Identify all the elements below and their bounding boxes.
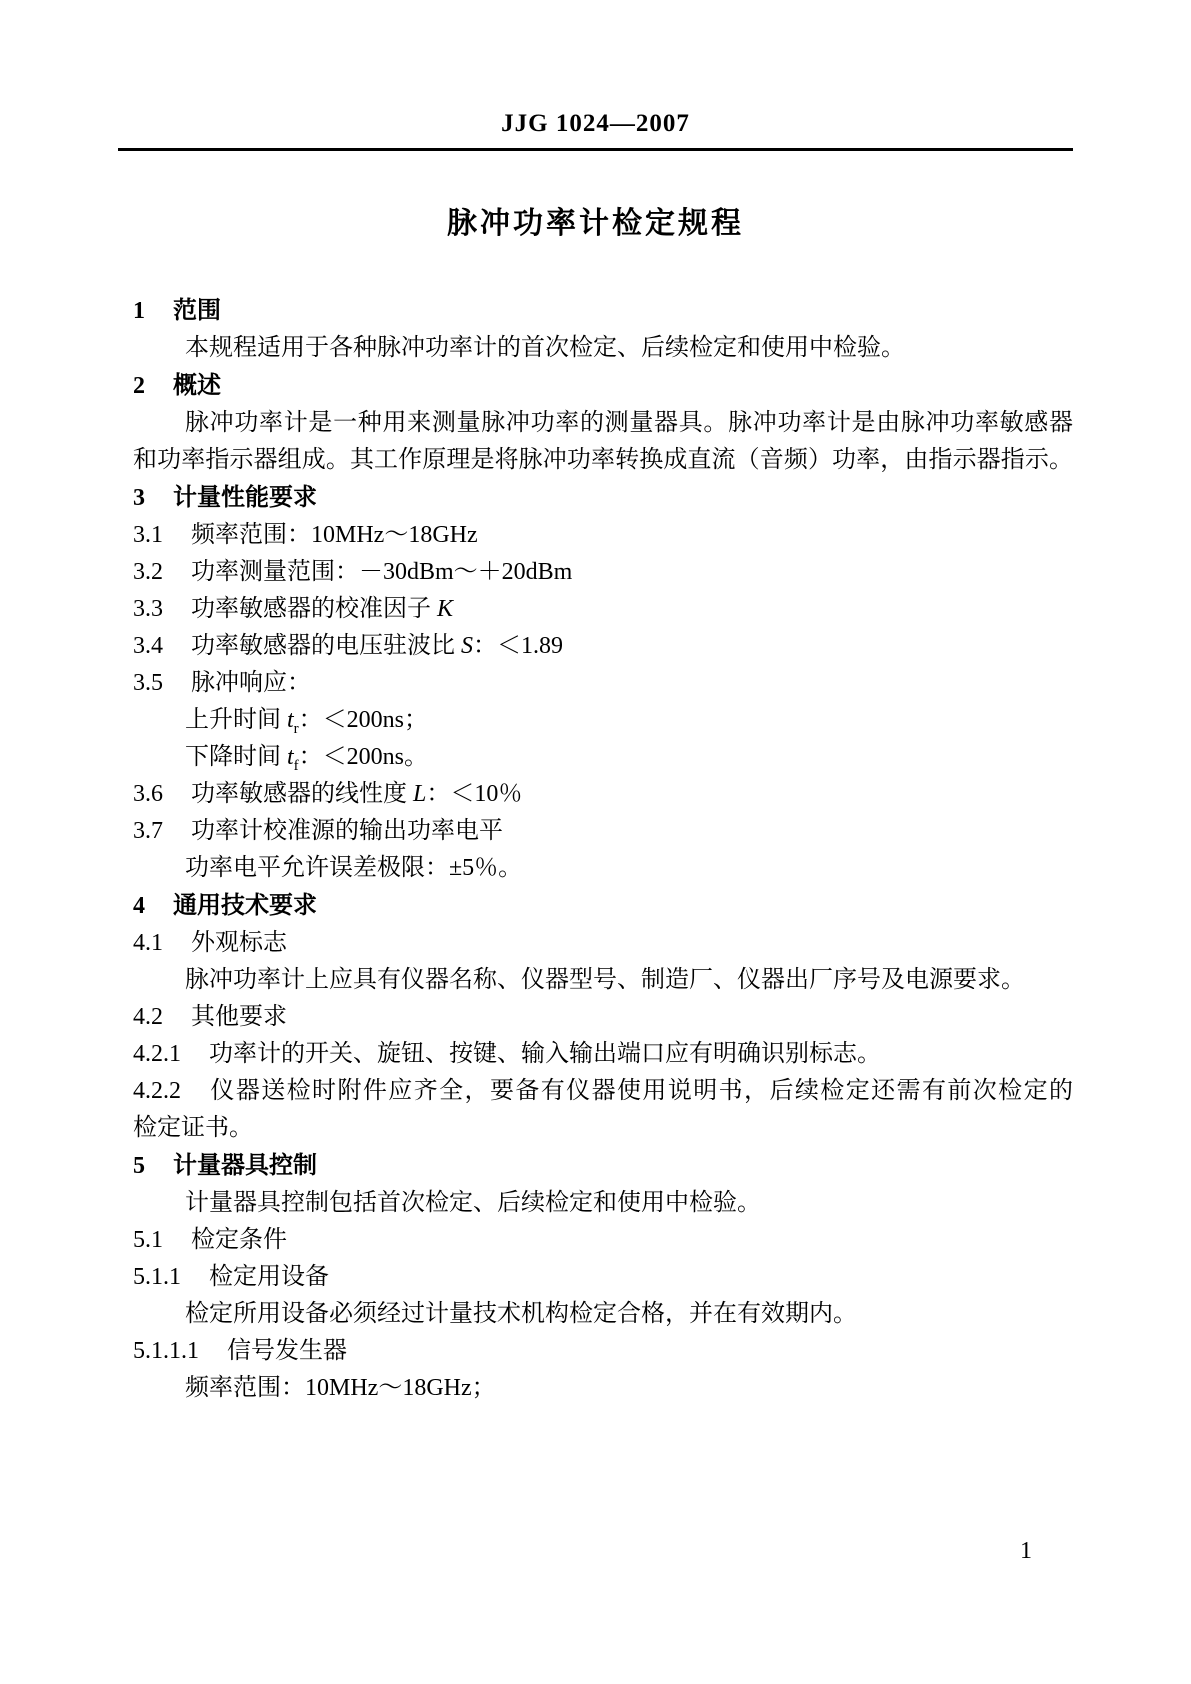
item-3-1: 3.1频率范围：10MHz～18GHz [133, 517, 1073, 554]
section-4-heading: 4通用技术要求 [133, 887, 1073, 925]
item-3-7-continuation: 功率电平允许误差极限：±5％。 [133, 850, 1073, 887]
section-1-paragraph: 本规程适用于各种脉冲功率计的首次检定、后续检定和使用中检验。 [133, 330, 1073, 367]
item-3-7: 3.7功率计校准源的输出功率电平 [133, 813, 1073, 850]
item-3-6-text: 功率敏感器的线性度 [191, 781, 413, 807]
item-3-2: 3.2功率测量范围：－30dBm～＋20dBm [133, 554, 1073, 591]
item-5-1-1: 5.1.1检定用设备 [133, 1259, 1073, 1296]
item-3-4: 3.4功率敏感器的电压驻波比 S：＜1.89 [133, 628, 1073, 665]
item-4-2-2-line-2: 检定证书。 [133, 1110, 1073, 1147]
variable-t-rise: t [287, 707, 294, 733]
item-5-1-1-1: 5.1.1.1信号发生器 [133, 1333, 1073, 1370]
item-5-1: 5.1检定条件 [133, 1222, 1073, 1259]
item-3-7-number: 3.7 [133, 818, 163, 844]
variable-S: S [461, 633, 473, 659]
item-3-6: 3.6功率敏感器的线性度 L：＜10％ [133, 776, 1073, 813]
item-4-2-1: 4.2.1功率计的开关、旋钮、按键、输入输出端口应有明确识别标志。 [133, 1036, 1073, 1073]
variable-t-fall: t [287, 744, 294, 770]
item-4-2-text: 其他要求 [191, 1004, 287, 1030]
item-3-5-number: 3.5 [133, 670, 163, 696]
item-4-2-2-number: 4.2.2 [133, 1078, 181, 1104]
fall-time-label: 下降时间 [185, 744, 287, 770]
item-3-4-number: 3.4 [133, 633, 163, 659]
item-5-1-1-1-number: 5.1.1.1 [133, 1338, 199, 1364]
item-5-1-1-1-text: 信号发生器 [227, 1338, 347, 1364]
section-5-1-1-1-paragraph: 频率范围：10MHz～18GHz； [133, 1370, 1073, 1407]
rise-time-value: ：＜200ns； [299, 707, 428, 733]
item-4-2: 4.2其他要求 [133, 999, 1073, 1036]
rise-time-line: 上升时间 tr：＜200ns； [133, 702, 1073, 739]
item-3-1-text: 频率范围：10MHz～18GHz [191, 522, 478, 548]
item-5-1-text: 检定条件 [191, 1227, 287, 1253]
item-4-2-2-text: 仪器送检时附件应齐全，要备有仪器使用说明书，后续检定还需有前次检定的 [209, 1078, 1073, 1104]
section-5-heading: 5计量器具控制 [133, 1147, 1073, 1185]
section-5-title: 计量器具控制 [173, 1152, 317, 1179]
fall-time-line: 下降时间 tf：＜200ns。 [133, 739, 1073, 776]
variable-L: L [413, 781, 426, 807]
section-1-title: 范围 [173, 297, 221, 324]
item-4-2-2-line-1: 4.2.2仪器送检时附件应齐全，要备有仪器使用说明书，后续检定还需有前次检定的 [133, 1073, 1073, 1110]
item-3-4-text: 功率敏感器的电压驻波比 [191, 633, 461, 659]
section-3-number: 3 [133, 485, 145, 511]
item-4-1-number: 4.1 [133, 930, 163, 956]
item-3-3-number: 3.3 [133, 596, 163, 622]
document-body: 1范围 本规程适用于各种脉冲功率计的首次检定、后续检定和使用中检验。 2概述 脉… [133, 292, 1073, 1407]
document-title: 脉冲功率计检定规程 [0, 198, 1191, 242]
item-3-3-text: 功率敏感器的校准因子 [191, 596, 437, 622]
section-5-number: 5 [133, 1153, 145, 1179]
section-5-1-1-paragraph: 检定所用设备必须经过计量技术机构检定合格，并在有效期内。 [133, 1296, 1073, 1333]
section-2-paragraph-line-2: 和功率指示器组成。其工作原理是将脉冲功率转换成直流（音频）功率，由指示器指示。 [133, 442, 1073, 479]
document-page: JJG 1024—2007 脉冲功率计检定规程 1范围 本规程适用于各种脉冲功率… [0, 0, 1191, 1684]
item-3-5: 3.5脉冲响应： [133, 665, 1073, 702]
item-4-2-1-text: 功率计的开关、旋钮、按键、输入输出端口应有明确识别标志。 [209, 1041, 881, 1067]
section-1-heading: 1范围 [133, 292, 1073, 330]
section-4-title: 通用技术要求 [173, 892, 317, 919]
header-rule [118, 148, 1073, 151]
item-3-6-value: ：＜10％ [426, 781, 522, 807]
section-2-number: 2 [133, 373, 145, 399]
item-3-4-value: ：＜1.89 [473, 633, 563, 659]
section-4-number: 4 [133, 893, 145, 919]
section-4-1-paragraph: 脉冲功率计上应具有仪器名称、仪器型号、制造厂、仪器出厂序号及电源要求。 [133, 962, 1073, 999]
section-3-heading: 3计量性能要求 [133, 479, 1073, 517]
item-4-2-1-number: 4.2.1 [133, 1041, 181, 1067]
item-5-1-1-text: 检定用设备 [209, 1264, 329, 1290]
item-3-5-text: 脉冲响应： [191, 670, 311, 696]
section-5-paragraph: 计量器具控制包括首次检定、后续检定和使用中检验。 [133, 1185, 1073, 1222]
item-3-3: 3.3功率敏感器的校准因子 K [133, 591, 1073, 628]
item-3-7-text: 功率计校准源的输出功率电平 [191, 818, 503, 844]
item-5-1-1-number: 5.1.1 [133, 1264, 181, 1290]
item-3-6-number: 3.6 [133, 781, 163, 807]
item-5-1-number: 5.1 [133, 1227, 163, 1253]
item-3-1-number: 3.1 [133, 522, 163, 548]
item-3-2-text: 功率测量范围：－30dBm～＋20dBm [191, 559, 572, 585]
section-1-number: 1 [133, 298, 145, 324]
item-3-2-number: 3.2 [133, 559, 163, 585]
fall-time-value: ：＜200ns。 [299, 744, 428, 770]
item-4-1: 4.1外观标志 [133, 925, 1073, 962]
section-2-title: 概述 [173, 372, 221, 399]
section-2-paragraph-line-1: 脉冲功率计是一种用来测量脉冲功率的测量器具。脉冲功率计是由脉冲功率敏感器 [133, 405, 1073, 442]
item-4-1-text: 外观标志 [191, 930, 287, 956]
page-number: 1 [1020, 1538, 1032, 1565]
variable-K: K [437, 596, 453, 622]
item-4-2-number: 4.2 [133, 1004, 163, 1030]
document-code: JJG 1024—2007 [0, 110, 1191, 138]
section-3-title: 计量性能要求 [173, 484, 317, 511]
rise-time-label: 上升时间 [185, 707, 287, 733]
section-2-heading: 2概述 [133, 367, 1073, 405]
